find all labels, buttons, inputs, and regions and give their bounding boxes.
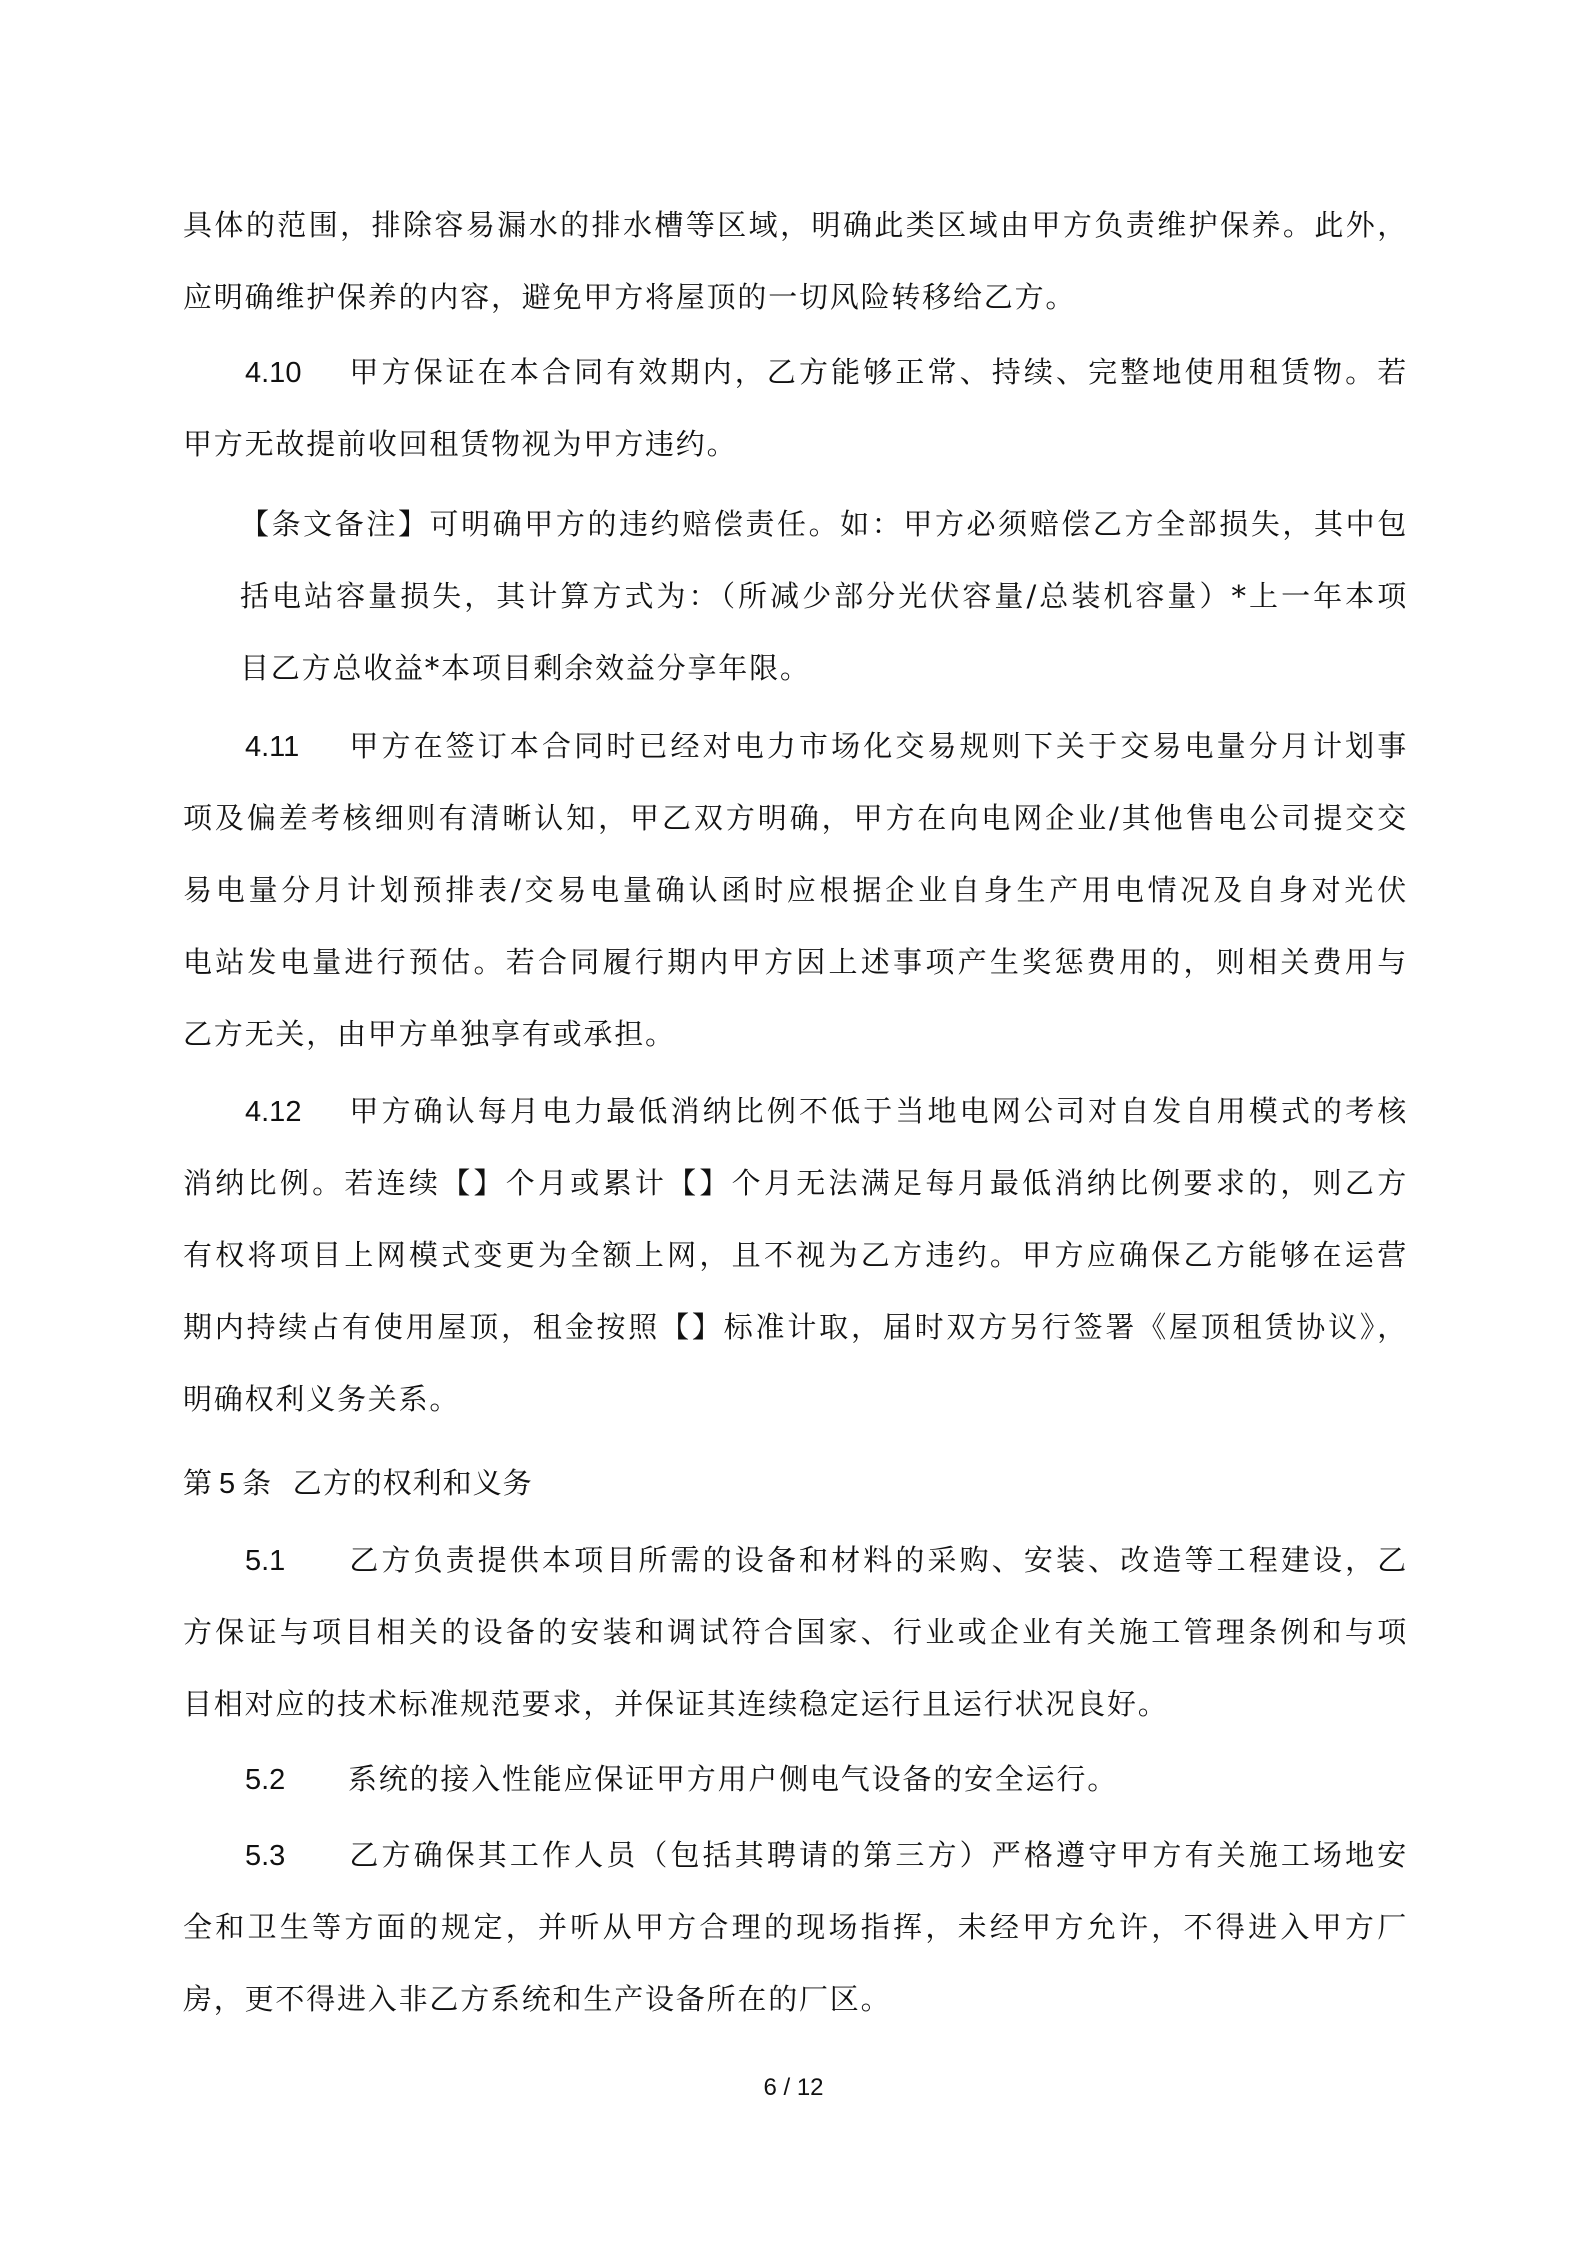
clause-4-11-first-line: 4.11甲方在签订本合同时已经对电力市场化交易规则下关于交易电量分月计划事 bbox=[245, 726, 1408, 766]
heading-number: 5 bbox=[219, 1468, 236, 1500]
section-heading: 第5条 乙方的权利和义务 bbox=[183, 1463, 1408, 1503]
clause-5-3-first-line: 5.3乙方确保其工作人员（包括其聘请的第三方）严格遵守甲方有关施工场地安 bbox=[245, 1835, 1408, 1875]
paragraph-line: 明确权利义务关系。 bbox=[183, 1379, 1408, 1419]
clause-text: 甲方保证在本合同有效期内，乙方能够正常、持续、完整地使用租赁物。若 bbox=[348, 355, 1408, 389]
heading-prefix: 第 bbox=[183, 1466, 213, 1500]
paragraph-line: 全和卫生等方面的规定，并听从甲方合理的现场指挥，未经甲方允许，不得进入甲方厂 bbox=[183, 1907, 1408, 1947]
clause-number: 4.11 bbox=[245, 727, 348, 767]
paragraph-line: 有权将项目上网模式变更为全额上网，且不视为乙方违约。甲方应确保乙方能够在运营 bbox=[183, 1235, 1408, 1275]
paragraph-line: 甲方无故提前收回租赁物视为甲方违约。 bbox=[183, 424, 1408, 464]
clause-5-2-line: 5.2系统的接入性能应保证甲方用户侧电气设备的安全运行。 bbox=[245, 1759, 1408, 1799]
clause-text: 系统的接入性能应保证甲方用户侧电气设备的安全运行。 bbox=[348, 1762, 1118, 1796]
clause-text: 甲方在签订本合同时已经对电力市场化交易规则下关于交易电量分月计划事 bbox=[348, 729, 1408, 763]
clause-text: 甲方确认每月电力最低消纳比例不低于当地电网公司对自发自用模式的考核 bbox=[348, 1094, 1408, 1128]
paragraph-line: 消纳比例。若连续【】个月或累计【】个月无法满足每月最低消纳比例要求的，则乙方 bbox=[183, 1163, 1408, 1203]
clause-note-line: 【条文备注】可明确甲方的违约赔偿责任。如：甲方必须赔偿乙方全部损失，其中包 bbox=[240, 504, 1408, 544]
paragraph-line: 期内持续占有使用屋顶，租金按照【】标准计取，届时双方另行签署《屋顶租赁协议》， bbox=[183, 1307, 1408, 1347]
heading-title: 条 乙方的权利和义务 bbox=[242, 1466, 532, 1500]
paragraph-line: 具体的范围，排除容易漏水的排水槽等区域，明确此类区域由甲方负责维护保养。此外， bbox=[183, 205, 1408, 245]
clause-note-line: 括电站容量损失，其计算方式为：（所减少部分光伏容量/总装机容量）*上一年本项 bbox=[240, 576, 1408, 616]
paragraph-line: 房，更不得进入非乙方系统和生产设备所在的厂区。 bbox=[183, 1979, 1408, 2019]
clause-5-1-first-line: 5.1乙方负责提供本项目所需的设备和材料的采购、安装、改造等工程建设，乙 bbox=[245, 1540, 1408, 1580]
paragraph-line: 易电量分月计划预排表/交易电量确认函时应根据企业自身生产用电情况及自身对光伏 bbox=[183, 870, 1408, 910]
clause-note-line: 目乙方总收益*本项目剩余效益分享年限。 bbox=[240, 648, 1408, 688]
paragraph-line: 方保证与项目相关的设备的安装和调试符合国家、行业或企业有关施工管理条例和与项 bbox=[183, 1612, 1408, 1652]
clause-number: 5.3 bbox=[245, 1836, 348, 1876]
paragraph-line: 目相对应的技术标准规范要求，并保证其连续稳定运行且运行状况良好。 bbox=[183, 1684, 1408, 1724]
page-number: 6 / 12 bbox=[0, 2074, 1587, 2102]
clause-4-10-first-line: 4.10甲方保证在本合同有效期内，乙方能够正常、持续、完整地使用租赁物。若 bbox=[245, 352, 1408, 392]
clause-text: 乙方确保其工作人员（包括其聘请的第三方）严格遵守甲方有关施工场地安 bbox=[348, 1838, 1408, 1872]
clause-number: 5.1 bbox=[245, 1541, 348, 1581]
paragraph-line: 乙方无关，由甲方单独享有或承担。 bbox=[183, 1014, 1408, 1054]
clause-number: 4.10 bbox=[245, 353, 348, 393]
paragraph-line: 电站发电量进行预估。若合同履行期内甲方因上述事项产生奖惩费用的，则相关费用与 bbox=[183, 942, 1408, 982]
clause-number: 5.2 bbox=[245, 1760, 348, 1800]
clause-number: 4.12 bbox=[245, 1092, 348, 1132]
paragraph-line: 项及偏差考核细则有清晰认知，甲乙双方明确，甲方在向电网企业/其他售电公司提交交 bbox=[183, 798, 1408, 838]
document-page: 具体的范围，排除容易漏水的排水槽等区域，明确此类区域由甲方负责维护保养。此外， … bbox=[0, 0, 1587, 2245]
paragraph-line: 应明确维护保养的内容，避免甲方将屋顶的一切风险转移给乙方。 bbox=[183, 277, 1408, 317]
clause-text: 乙方负责提供本项目所需的设备和材料的采购、安装、改造等工程建设，乙 bbox=[348, 1543, 1408, 1577]
clause-4-12-first-line: 4.12甲方确认每月电力最低消纳比例不低于当地电网公司对自发自用模式的考核 bbox=[245, 1091, 1408, 1131]
